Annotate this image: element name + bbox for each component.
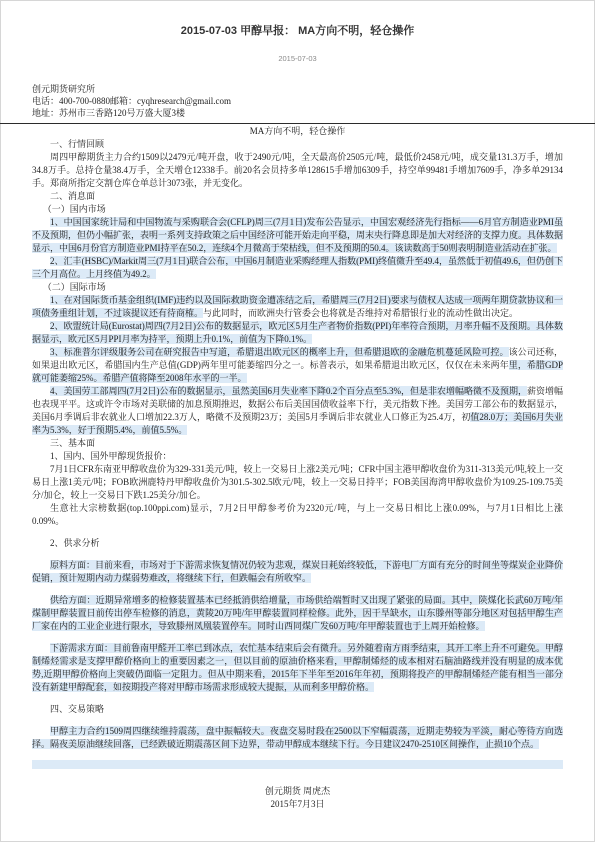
report-subtitle: MA方向不明，轻仓操作 <box>32 124 563 138</box>
plain-text: 二、消息面 <box>50 191 95 201</box>
para-supply: 供给方面：近期异常增多的检修装置基本已经抵消供给增量，市场供给端暂时又出现了紧张… <box>32 594 563 633</box>
gap <box>32 716 563 725</box>
plain-text: 2、供求分析 <box>50 538 100 548</box>
section-domestic-market: （一）国内市场 <box>32 203 563 216</box>
section-international-market: （二）国际市场 <box>32 281 563 294</box>
section-spot-quotes: 1、国内、国外甲醇现货报价： <box>32 450 563 463</box>
section-news: 二、消息面 <box>32 190 563 203</box>
document-title: 2015-07-03 甲醇早报： MA方向不明，轻仓操作 <box>32 22 563 38</box>
gap <box>32 550 563 559</box>
signature-block: 创元期货 周虎杰 2015年7月3日 <box>32 785 563 811</box>
plain-text: 与此同时，而欧洲央行管委会也将就是否维持对希腊银行业的流动性做出决定。 <box>203 308 518 318</box>
document-date: 2015-07-03 <box>32 54 563 63</box>
gap <box>32 528 563 537</box>
org-phone-email: 电话：400-700-0880邮箱：cyqhresearch@gmail.com <box>32 95 563 107</box>
gap <box>32 633 563 642</box>
plain-text: 周四甲醇期货主力合约1509以2479元/吨开盘，收于2490元/吨，全天最高价… <box>32 152 563 188</box>
document-page: 2015-07-03 甲醇早报： MA方向不明，轻仓操作 2015-07-03 … <box>0 0 595 842</box>
plain-text: 生意社大宗榜数据(top.100ppi.com)显示，7月2日甲醇参考价为232… <box>32 503 563 526</box>
org-address: 地址：苏州市三香路120号万盛大厦3楼 <box>32 107 563 119</box>
para-intl-3: 3、标准普尔评级服务公司在研究报告中写道，希腊退出欧元区的概率上升，但希腊退欧的… <box>32 346 563 385</box>
para-intl-4: 4、美国劳工部周四(7月2日)公布的数据显示，虽然美国6月失业率下降0.2个百分… <box>32 385 563 437</box>
org-contact-block: 创元期货研究所 电话：400-700-0880邮箱：cyqhresearch@g… <box>32 83 563 119</box>
plain-text: （一）国内市场 <box>43 204 106 214</box>
gap <box>32 751 563 760</box>
highlighted-text: 2、欧盟统计局(Eurostat)周四(7月2日)公布的数据显示，欧元区5月生产… <box>32 321 563 344</box>
signature-date: 2015年7月3日 <box>32 798 563 811</box>
plain-text: （二）国际市场 <box>43 282 106 292</box>
highlighted-text: 1、中国国家统计局和中国物流与采购联合会(CFLP)周三(7月1日)发布公告显示… <box>32 217 563 253</box>
para-intl-2: 2、欧盟统计局(Eurostat)周四(7月2日)公布的数据显示，欧元区5月生产… <box>32 320 563 346</box>
org-name: 创元期货研究所 <box>32 83 563 95</box>
para-market-review: 周四甲醇期货主力合约1509以2479元/吨开盘，收于2490元/吨，全天最高价… <box>32 151 563 190</box>
highlighted-text: 原料方面：目前来看，市场对于下游需求恢复情况仍较为悲观，煤炭日耗始终较低，下游电… <box>32 560 563 583</box>
plain-text: 一、行情回顾 <box>50 139 104 149</box>
section-supply-demand: 2、供求分析 <box>32 537 563 550</box>
signature-author: 创元期货 周虎杰 <box>32 785 563 798</box>
plain-text: 1、国内、国外甲醇现货报价： <box>50 451 172 461</box>
highlighted-text: 甲醇主力合约1509周四继续维持震荡，盘中振幅较大。夜盘交易时段在2500以下窄… <box>32 726 563 749</box>
section-trading-strategy: 四、交易策略 <box>32 703 563 716</box>
highlighted-text: 3、标准普尔评级服务公司在研究报告中写道，希腊退出欧元区的概率上升，但希腊退欧的… <box>50 347 509 357</box>
report-body: 一、行情回顾周四甲醇期货主力合约1509以2479元/吨开盘，收于2490元/吨… <box>32 138 563 769</box>
para-spot-quotes: 7月1日CFR东南亚甲醇收盘价为329-331美元/吨，较上一交易日上涨2美元/… <box>32 463 563 502</box>
plain-text: 四、交易策略 <box>50 704 104 714</box>
para-reference-price: 生意社大宗榜数据(top.100ppi.com)显示，7月2日甲醇参考价为232… <box>32 502 563 528</box>
highlighted-text: 供给方面：近期异常增多的检修装置基本已经抵消供给增量，市场供给端暂时又出现了紧张… <box>32 595 563 631</box>
section-market-review: 一、行情回顾 <box>32 138 563 151</box>
gap <box>32 585 563 594</box>
highlighted-blank-line <box>32 760 563 769</box>
para-domestic-1: 1、中国国家统计局和中国物流与采购联合会(CFLP)周三(7月1日)发布公告显示… <box>32 216 563 255</box>
para-domestic-2: 2、汇丰(HSBC)/Markit周三(7月1日)联合公布，中国6月制造业采购经… <box>32 255 563 281</box>
highlighted-text: 2、汇丰(HSBC)/Markit周三(7月1日)联合公布，中国6月制造业采购经… <box>32 256 563 279</box>
gap <box>32 694 563 703</box>
plain-text: 三、基本面 <box>50 438 95 448</box>
plain-text: 7月1日CFR东南亚甲醇收盘价为329-331美元/吨，较上一交易日上涨2美元/… <box>32 464 563 500</box>
para-trading-strategy: 甲醇主力合约1509周四继续维持震荡，盘中振幅较大。夜盘交易时段在2500以下窄… <box>32 725 563 751</box>
para-raw-material: 原料方面：目前来看，市场对于下游需求恢复情况仍较为悲观，煤炭日耗始终较低，下游电… <box>32 559 563 585</box>
para-intl-1: 1、在对国际货币基金组织(IMF)违约以及国际救助资金遭冻结之后，希腊周三(7月… <box>32 294 563 320</box>
highlighted-text: 4、美国劳工部周四(7月2日)公布的数据显示，虽然美国6月失业率下降0.2个百分… <box>50 386 527 396</box>
section-fundamentals: 三、基本面 <box>32 437 563 450</box>
highlighted-text: 下游需求方面：目前鲁南甲醛开工率已到冰点，农忙基本结束后会有微升。另外随着南方雨… <box>32 643 563 692</box>
para-downstream-demand: 下游需求方面：目前鲁南甲醛开工率已到冰点，农忙基本结束后会有微升。另外随着南方雨… <box>32 642 563 694</box>
